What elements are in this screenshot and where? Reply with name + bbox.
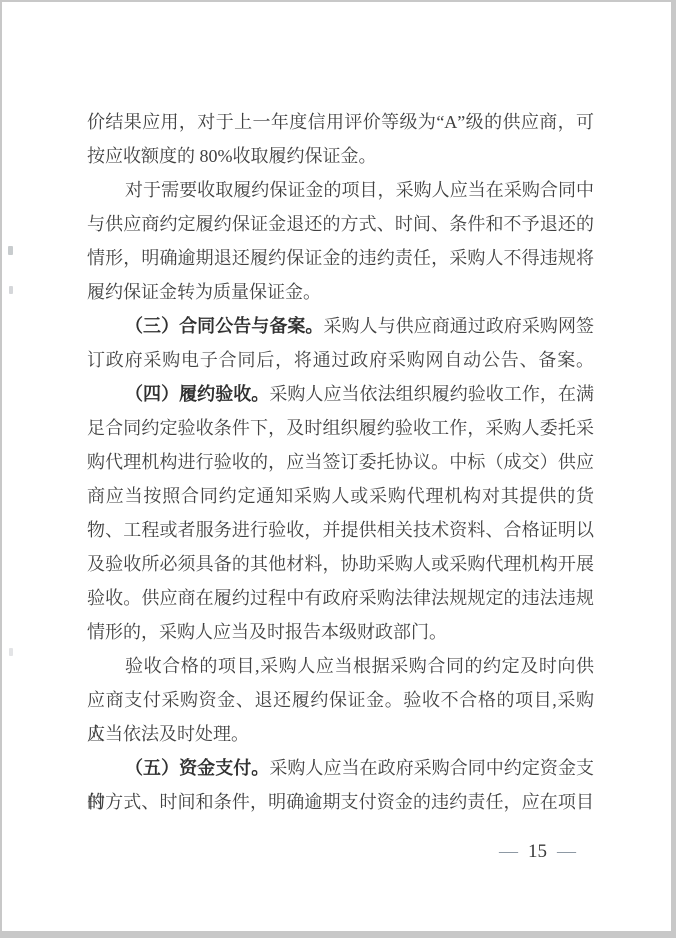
text-line: 应商支付采购资金、退还履约保证金。验收不合格的项目,采购人	[87, 683, 594, 717]
body-text: 采购人应当依法组织履约验收工作，在满	[269, 384, 594, 404]
body-text: 的方式、时间和条件，明确逾期支付资金的违约责任，应在项目	[87, 792, 594, 812]
text-line: 与供应商约定履约保证金退还的方式、时间、条件和不予退还的	[87, 207, 594, 241]
page-number-value: 15	[528, 841, 547, 862]
heading-text: （四）履约验收。	[125, 384, 269, 404]
body-text: 及验收所必须具备的其他材料，协助采购人或采购代理机构开展	[87, 554, 594, 574]
body-text: 情形的，采购人应当及时报告本级财政部门。	[87, 622, 447, 642]
heading-text: （三）合同公告与备案。	[125, 316, 323, 336]
body-text: 按应收额度的 80%收取履约保证金。	[87, 146, 377, 166]
page-number: —15—	[499, 841, 576, 863]
body-text: 购代理机构进行验收的，应当签订委托协议。中标（成交）供应	[87, 452, 594, 472]
text-line: 购代理机构进行验收的，应当签订委托协议。中标（成交）供应	[87, 445, 594, 479]
text-line: 履约保证金转为质量保证金。	[87, 275, 594, 309]
body-text: 对于需要收取履约保证金的项目，采购人应当在采购合同中	[125, 180, 594, 200]
page-number-dash-right: —	[557, 841, 576, 862]
body-text: 足合同约定验收条件下，及时组织履约验收工作，采购人委托采	[87, 418, 594, 438]
text-line: 物、工程或者服务进行验收，并提供相关技术资料、合格证明以	[87, 513, 594, 547]
scan-artifact	[9, 286, 13, 294]
body-text: 与供应商约定履约保证金退还的方式、时间、条件和不予退还的	[87, 214, 594, 234]
body-text: 验收合格的项目,采购人应当根据采购合同的约定及时向供	[125, 656, 594, 676]
body-text: 应当依法及时处理。	[87, 724, 249, 744]
text-line: 应当依法及时处理。	[87, 717, 594, 751]
text-line: 订政府采购电子合同后，将通过政府采购网自动公告、备案。	[87, 343, 594, 377]
scan-artifact	[9, 648, 13, 656]
document-page: 价结果应用，对于上一年度信用评价等级为“A”级的供应商，可按应收额度的 80%收…	[2, 2, 671, 931]
text-line: 及验收所必须具备的其他材料，协助采购人或采购代理机构开展	[87, 547, 594, 581]
body-text: 价结果应用，对于上一年度信用评价等级为“A”级的供应商，可	[87, 112, 594, 132]
heading-text: （五）资金支付。	[125, 758, 269, 778]
body-text: 商应当按照合同约定通知采购人或采购代理机构对其提供的货	[87, 486, 594, 506]
body-text: 订政府采购电子合同后，将通过政府采购网自动公告、备案。	[87, 350, 594, 370]
text-line: （五）资金支付。采购人应当在政府采购合同中约定资金支付	[87, 751, 594, 785]
scan-artifact	[8, 246, 13, 255]
text-line: 按应收额度的 80%收取履约保证金。	[87, 139, 594, 173]
text-line: 情形的，采购人应当及时报告本级财政部门。	[87, 615, 594, 649]
document-body: 价结果应用，对于上一年度信用评价等级为“A”级的供应商，可按应收额度的 80%收…	[87, 105, 594, 819]
text-line: 价结果应用，对于上一年度信用评价等级为“A”级的供应商，可	[87, 105, 594, 139]
body-text: 情形，明确逾期退还履约保证金的违约责任，采购人不得违规将	[87, 248, 594, 268]
text-line: 商应当按照合同约定通知采购人或采购代理机构对其提供的货	[87, 479, 594, 513]
body-text: 采购人与供应商通过政府采购网签	[323, 316, 594, 336]
body-text: 验收。供应商在履约过程中有政府采购法律法规规定的违法违规	[87, 588, 594, 608]
page-frame: 价结果应用，对于上一年度信用评价等级为“A”级的供应商，可按应收额度的 80%收…	[0, 0, 676, 938]
text-line: 情形，明确逾期退还履约保证金的违约责任，采购人不得违规将	[87, 241, 594, 275]
body-text: 履约保证金转为质量保证金。	[87, 282, 321, 302]
text-line: 验收合格的项目,采购人应当根据采购合同的约定及时向供	[87, 649, 594, 683]
text-line: （三）合同公告与备案。采购人与供应商通过政府采购网签	[87, 309, 594, 343]
text-line: 验收。供应商在履约过程中有政府采购法律法规规定的违法违规	[87, 581, 594, 615]
text-line: （四）履约验收。采购人应当依法组织履约验收工作，在满	[87, 377, 594, 411]
text-line: 足合同约定验收条件下，及时组织履约验收工作，采购人委托采	[87, 411, 594, 445]
page-number-dash-left: —	[499, 841, 518, 862]
body-text: 物、工程或者服务进行验收，并提供相关技术资料、合格证明以	[87, 520, 594, 540]
text-line: 对于需要收取履约保证金的项目，采购人应当在采购合同中	[87, 173, 594, 207]
text-line: 的方式、时间和条件，明确逾期支付资金的违约责任，应在项目	[87, 785, 594, 819]
